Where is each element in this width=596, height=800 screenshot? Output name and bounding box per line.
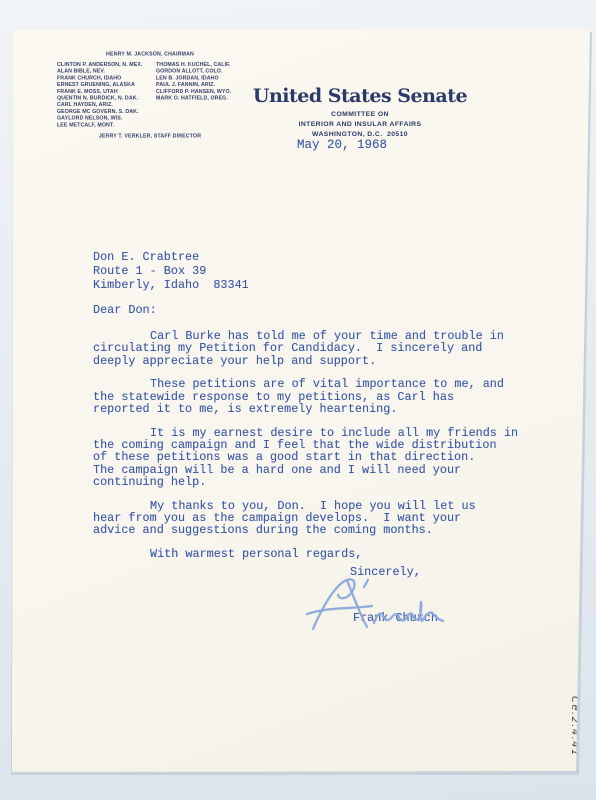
letterhead-roster-inner: HENRY M. JACKSON, CHAIRMAN CLINTON P. AN… [57,51,243,139]
letter-date: May 20, 1968 [297,138,387,152]
paragraph-line: With warmest personal regards, [93,548,533,560]
letter-body: Carl Burke has told me of your time and … [93,330,533,572]
signature-rank-stroke [374,602,443,623]
masthead-address: WASHINGTON, D.C. 20510 [248,131,472,138]
letterhead-left-column: CLINTON P. ANDERSON, N. MEX.ALAN BIBLE, … [57,62,156,129]
paragraph-line: circulating my Petition for Candidacy. I… [93,342,533,354]
senator-name: CARL HAYDEN, ARIZ. [57,102,156,109]
letterhead-chairman: HENRY M. JACKSON, CHAIRMAN [57,51,243,57]
paragraph: These petitions are of vital importance … [93,378,533,415]
paragraph-line: deeply appreciate your help and support. [93,355,533,367]
senator-name: GEORGE MC GOVERN, S. DAK. [57,108,156,115]
paragraph-line: reported it to me, is extremely hearteni… [93,403,533,415]
letterhead-staff-director: JERRY T. VERKLER, STAFF DIRECTOR [57,133,243,139]
letterhead-right-column: THOMAS H. KUCHEL, CALIF.GORDON ALLOTT, C… [156,62,243,129]
salutation: Dear Don: [93,303,157,317]
paragraph-line: These petitions are of vital importance … [93,378,533,390]
senator-name: FRANK CHURCH, IDAHO [57,75,156,82]
paragraph-line: of these petitions was a good start in t… [93,451,533,463]
senator-name: FRANK E. MOSS, UTAH [57,88,156,95]
paragraph: My thanks to you, Don. I hope you will l… [93,500,533,537]
recipient-address-line: Route 1 - Box 39 [93,265,249,279]
senator-name: ALAN BIBLE, NEV. [57,68,156,75]
recipient-address: Don E. CrabtreeRoute 1 - Box 39Kimberly,… [93,251,249,292]
recipient-address-line: Don E. Crabtree [93,251,249,265]
paragraph: With warmest personal regards, [93,548,533,560]
signature-initial-stroke [313,579,354,629]
senate-masthead: United States Senate COMMITTEE ON INTERI… [248,85,472,138]
letter-scan-paper: HENRY M. JACKSON, CHAIRMAN CLINTON P. AN… [0,0,596,800]
senator-name: GORDON ALLOTT, COLO. [156,68,243,75]
senator-name: CLINTON P. ANDERSON, N. MEX. [57,62,156,69]
senator-name: ERNEST GRUENING, ALASKA [57,82,156,89]
senator-name: THOMAS H. KUCHEL, CALIF. [156,62,243,69]
paragraph: It is my earnest desire to include all m… [93,427,533,488]
senator-name: GAYLORD NELSON, WIS. [57,115,156,122]
senate-title: United States Senate [248,85,472,107]
paragraph-line: advice and suggestions during the coming… [93,524,533,536]
senator-name: QUENTIN N. BURDICK, N. DAK. [57,95,156,102]
senator-name: PAUL J. FANNIN, ARIZ. [156,82,243,89]
signature-tick [364,580,368,587]
senator-name: LEN B. JORDAN, IDAHO [156,75,243,82]
senator-name: MARK O. HATFIELD, OREG. [156,95,243,102]
senator-name: LEE METCALF, MONT. [57,122,156,129]
letterhead-columns: CLINTON P. ANDERSON, N. MEX.ALAN BIBLE, … [57,62,243,129]
senator-name: CLIFFORD P. HANSEN, WYO. [156,88,243,95]
recipient-address-line: Kimberly, Idaho 83341 [93,279,249,293]
handwritten-signature [306,576,460,634]
signature-crossbar [307,606,372,614]
committee-line2: INTERIOR AND INSULAR AFFAIRS [248,121,472,128]
paragraph-line: continuing help. [93,476,533,488]
paragraph: Carl Burke has told me of your time and … [93,330,533,367]
committee-line1: COMMITTEE ON [248,111,472,118]
letterhead-roster: HENRY M. JACKSON, CHAIRMAN CLINTON P. AN… [57,51,243,227]
